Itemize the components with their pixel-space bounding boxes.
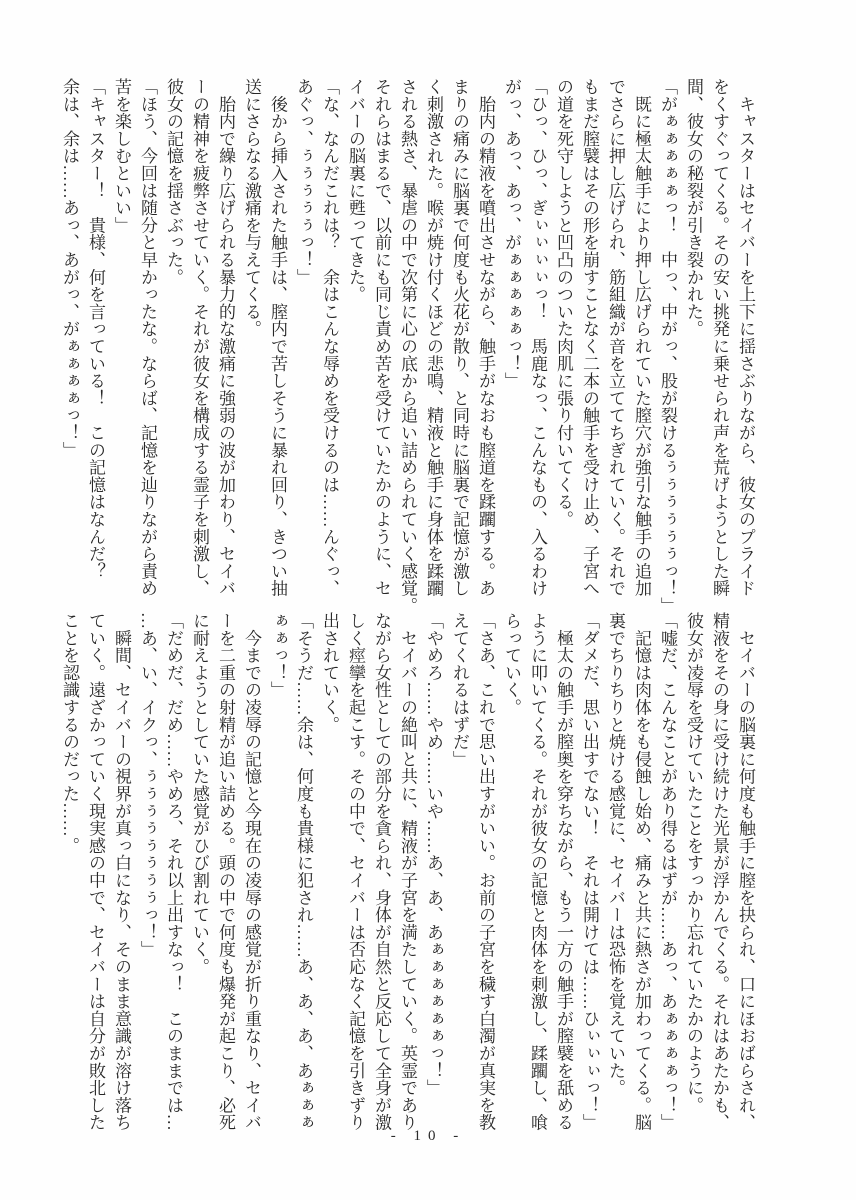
- text-line: の道を死守しようと凹凸のついた肉肌に張り付いてくる。: [550, 78, 576, 610]
- text-line: イバーの脳裏に甦ってきた。: [342, 78, 368, 610]
- text-line: セイバーの絶叫と共に、精液が子宮を満たしていく。英霊であり: [394, 612, 420, 1144]
- text-line: キャスターはセイバーを上下に揺さぶりながら、彼女のプライド: [732, 78, 758, 610]
- text-line: 「やめろ……やめ……いや……あ、あ、あぁぁぁぁぁぁっ！」: [420, 612, 446, 1144]
- text-line: 彼女の記憶を揺さぶった。: [160, 78, 186, 610]
- text-line: がっ、あっ、あっ、がぁぁぁぁぁっ！」: [498, 78, 524, 610]
- text-line: まりの痛みに脳裏で何度も火花が散り、と同時に脳裏で記憶が激し: [446, 78, 472, 610]
- text-line: ーの精神を疲弊させていく。それが彼女を構成する霊子を刺激し、: [186, 78, 212, 610]
- text-line: 今までの凌辱の記憶と今現在の凌辱の感覚が折り重なり、セイバ: [238, 612, 264, 1144]
- text-line: 「ほう、今回は随分と早かったな。ならば、記憶を辿りながら責め: [134, 78, 160, 610]
- text-line: それらはまるで、以前にも同じ責め苦を受けていたかのように、セ: [368, 78, 394, 610]
- document-page: キャスターはセイバーを上下に揺さぶりながら、彼女のプライドをくすぐってくる。その…: [0, 0, 856, 1200]
- text-line: …あ、い、イクっ、ぅぅぅぅぅぅぅぅっ！」: [134, 612, 160, 1144]
- text-line: く刺激された。喉が焼け付くほどの悲鳴、精液と触手に身体を蹂躙: [420, 78, 446, 610]
- text-line: 余は、余は……あっ、あがっ、がぁぁぁぁっ！」: [56, 78, 82, 610]
- text-line: ぁぁっ！」: [264, 612, 290, 1144]
- text-line: 後から挿入された触手は、膣内で苦しそうに暴れ回り、きつい抽: [264, 78, 290, 610]
- text-line: 既に極太触手により押し広げられていた膣穴が強引な触手の追加: [628, 78, 654, 610]
- text-line: をくすぐってくる。その安い挑発に乗せられ声を荒げようとした瞬: [706, 78, 732, 610]
- text-line: 記憶は肉体をも侵蝕し始め、痛みと共に熱さが加わってくる。脳: [628, 612, 654, 1144]
- text-line: ながら女性としての部分を貪られ、身体が自然と反応して全身が激: [368, 612, 394, 1144]
- text-line: ように叩いてくる。それが彼女の記憶と肉体を刺激し、蹂躙し、喰: [524, 612, 550, 1144]
- text-line: 送にさらなる激痛を与えてくる。: [238, 78, 264, 610]
- text-line: 胎内で繰り広げられる暴力的な激痛に強弱の波が加わり、セイバ: [212, 78, 238, 610]
- text-line: しく痙攣を起こす。その中で、セイバーは否応なく記憶を引きずり: [342, 612, 368, 1144]
- text-line: 「さあ、これで思い出すがいい。お前の子宮を穢す白濁が真実を教: [472, 612, 498, 1144]
- text-block-bottom: セイバーの脳裏に何度も触手に膣を抉られ、口にほおばらされ、精液をその身に受け続け…: [46, 612, 758, 1144]
- text-line: 彼女が凌辱を受けていたことをすっかり忘れていたかのように。: [680, 612, 706, 1144]
- text-line: 出されていく。: [316, 612, 342, 1144]
- text-line: 「ダメだ、思い出すでない！ それは開けては……ひぃぃぃっ！」: [576, 612, 602, 1144]
- text-line: 苦を楽しむといい」: [108, 78, 134, 610]
- text-line: 「嘘だ、こんなことがあり得るはずが……あっ、あぁぁぁぁっ！」: [654, 612, 680, 1144]
- text-line: あぐっ、ぅぅぅぅぅっ！」: [290, 78, 316, 610]
- text-line: 間、彼女の秘裂が引き裂かれた。: [680, 78, 706, 610]
- text-line: えてくれるはずだ」: [446, 612, 472, 1144]
- text-line: に耐えようとしていた感覚がひび割れていく。: [186, 612, 212, 1144]
- text-line: される熱さ、暴虐の中で次第に心の底から追い詰められていく感覚。: [394, 78, 420, 610]
- text-line: 「キャスター！ 貴様、何を言っている！ この記憶はなんだ？: [82, 78, 108, 610]
- text-line: 裏でちりちりと焼ける感覚に、セイバーは恐怖を覚えていた。: [602, 612, 628, 1144]
- text-line: 極太の触手が膣奥を穿ちながら、もう一方の触手が膣襞を舐める: [550, 612, 576, 1144]
- text-block-top: キャスターはセイバーを上下に揺さぶりながら、彼女のプライドをくすぐってくる。その…: [46, 78, 758, 610]
- text-line: ことを認識するのだった……。: [56, 612, 82, 1144]
- page-number: - 10 -: [0, 1128, 856, 1145]
- text-line: 「がぁぁぁぁぁっ！ 中っ、中がっ、股が裂けるぅぅぅぅぅぅっ！」: [654, 78, 680, 610]
- text-line: でさらに押し広げられ、筋組織が音を立ててちぎれていく。それで: [602, 78, 628, 610]
- text-line: 精液をその身に受け続けた光景が浮かんでくる。それはあたかも、: [706, 612, 732, 1144]
- text-line: 「だめだ、だめ……やめろ、それ以上出すなっ！ このままでは…: [160, 612, 186, 1144]
- text-line: セイバーの脳裏に何度も触手に膣を抉られ、口にほおばらされ、: [732, 612, 758, 1144]
- text-line: 「ひっ、ひっ、ぎぃぃぃぃっ！ 馬鹿なっ、こんなもの、入るわけ: [524, 78, 550, 610]
- text-line: 瞬間、セイバーの視界が真っ白になり、そのまま意識が溶け落ち: [108, 612, 134, 1144]
- text-line: らっていく。: [498, 612, 524, 1144]
- text-line: 「な、なんだこれは？ 余はこんな辱めを受けるのは……んぐっ、: [316, 78, 342, 610]
- text-line: ーを二重の射精が追い詰める。頭の中で何度も爆発が起こり、必死: [212, 612, 238, 1144]
- text-line: ていく。遠ざかっていく現実感の中で、セイバーは自分が敗北した: [82, 612, 108, 1144]
- text-line: もまだ膣襞はその形を崩すことなく二本の触手を受け止め、子宮へ: [576, 78, 602, 610]
- text-line: 「そうだ……余は、何度も貴様に犯され……あ、あ、あ、あぁぁぁ: [290, 612, 316, 1144]
- text-line: 胎内の精液を噴出させながら、触手がなおも膣道を蹂躙する。あ: [472, 78, 498, 610]
